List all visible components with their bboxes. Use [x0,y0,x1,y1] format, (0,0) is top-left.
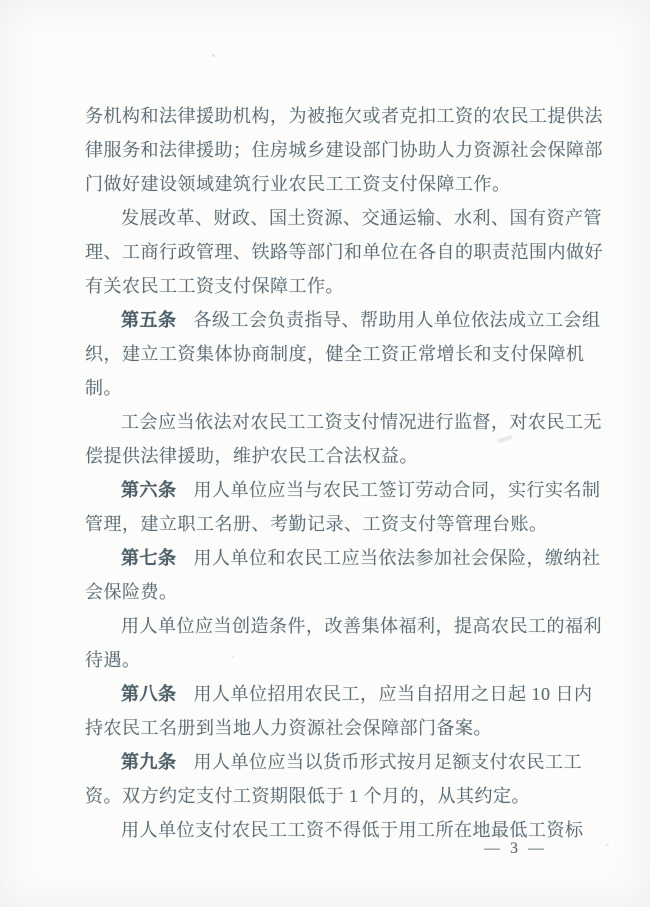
text-line: 第六条用人单位应当与农民工签订劳动合同，实行实名制 [85,473,597,507]
scan-speck [606,844,609,846]
article-number: 第六条 [121,480,177,500]
text-line: 会保险费。 [85,575,597,609]
article-number: 第七条 [121,548,177,568]
text-line: 有关农民工工资支付保障工作。 [85,269,597,303]
text-line: 持农民工名册到当地人力资源社会保障部门备案。 [85,711,597,745]
text-line: 织，建立工资集体协商制度，健全工资正常增长和支付保障机 [85,337,597,371]
line-text: 资。双方约定支付工资期限低于 1 个月的，从其约定。 [85,786,530,806]
line-text: 持农民工名册到当地人力资源社会保障部门备案。 [85,718,492,738]
line-text: 律服务和法律援助；住房城乡建设部门协助人力资源社会保障部 [85,140,603,160]
line-text: 各级工会负责指导、帮助用人单位依法成立工会组 [194,310,601,330]
line-text: 管理，建立职工名册、考勤记录、工资支付等管理台账。 [85,514,548,534]
line-text: 用人单位应当与农民工签订劳动合同，实行实名制 [194,480,601,500]
scan-speck [232,656,234,658]
line-text: 务机构和法律援助机构，为被拖欠或者克扣工资的农民工提供法 [85,106,603,126]
line-text: 用人单位招用农民工，应当自招用之日起 10 日内 [194,684,593,704]
text-line: 资。双方约定支付工资期限低于 1 个月的，从其约定。 [85,779,597,813]
text-line: 工会应当依法对农民工工资支付情况进行监督，对农民工无 [85,405,597,439]
text-line: 第八条用人单位招用农民工，应当自招用之日起 10 日内 [85,677,597,711]
line-text: 理、工商行政管理、铁路等部门和单位在各自的职责范围内做好 [85,242,603,262]
scanned-page: 务机构和法律援助机构，为被拖欠或者克扣工资的农民工提供法律服务和法律援助；住房城… [0,0,650,907]
line-text: 工会应当依法对农民工工资支付情况进行监督，对农民工无 [121,412,602,432]
scan-speck [212,54,215,57]
line-text: 用人单位支付农民工工资不得低于用工所在地最低工资标 [121,820,584,840]
text-line: 第七条用人单位和农民工应当依法参加社会保险，缴纳社 [85,541,597,575]
document-body: 务机构和法律援助机构，为被拖欠或者克扣工资的农民工提供法律服务和法律援助；住房城… [85,99,597,847]
text-line: 管理，建立职工名册、考勤记录、工资支付等管理台账。 [85,507,597,541]
text-line: 律服务和法律援助；住房城乡建设部门协助人力资源社会保障部 [85,133,597,167]
line-text: 会保险费。 [85,582,178,602]
line-text: 制。 [85,378,122,398]
text-line: 用人单位应当创造条件，改善集体福利，提高农民工的福利 [85,609,597,643]
text-line: 第九条用人单位应当以货币形式按月足额支付农民工工 [85,745,597,779]
article-number: 第八条 [121,684,177,704]
article-number: 第九条 [121,752,177,772]
line-text: 待遇。 [85,650,141,670]
line-text: 用人单位应当创造条件，改善集体福利，提高农民工的福利 [121,616,602,636]
page-number: — 3 — [484,840,547,858]
line-text: 门做好建设领域建筑行业农民工工资支付保障工作。 [85,174,511,194]
text-line: 务机构和法律援助机构，为被拖欠或者克扣工资的农民工提供法 [85,99,597,133]
line-text: 偿提供法律援助，维护农民工合法权益。 [85,446,418,466]
text-line: 第五条各级工会负责指导、帮助用人单位依法成立工会组 [85,303,597,337]
line-text: 用人单位应当以货币形式按月足额支付农民工工 [194,752,583,772]
text-line: 制。 [85,371,597,405]
line-text: 织，建立工资集体协商制度，健全工资正常增长和支付保障机 [85,344,585,364]
line-text: 用人单位和农民工应当依法参加社会保险，缴纳社 [194,548,601,568]
text-line: 理、工商行政管理、铁路等部门和单位在各自的职责范围内做好 [85,235,597,269]
article-number: 第五条 [121,310,177,330]
text-line: 门做好建设领域建筑行业农民工工资支付保障工作。 [85,167,597,201]
text-line: 待遇。 [85,643,597,677]
line-text: 有关农民工工资支付保障工作。 [85,276,344,296]
text-line: 发展改革、财政、国土资源、交通运输、水利、国有资产管 [85,201,597,235]
line-text: 发展改革、财政、国土资源、交通运输、水利、国有资产管 [121,208,602,228]
text-line: 偿提供法律援助，维护农民工合法权益。 [85,439,597,473]
